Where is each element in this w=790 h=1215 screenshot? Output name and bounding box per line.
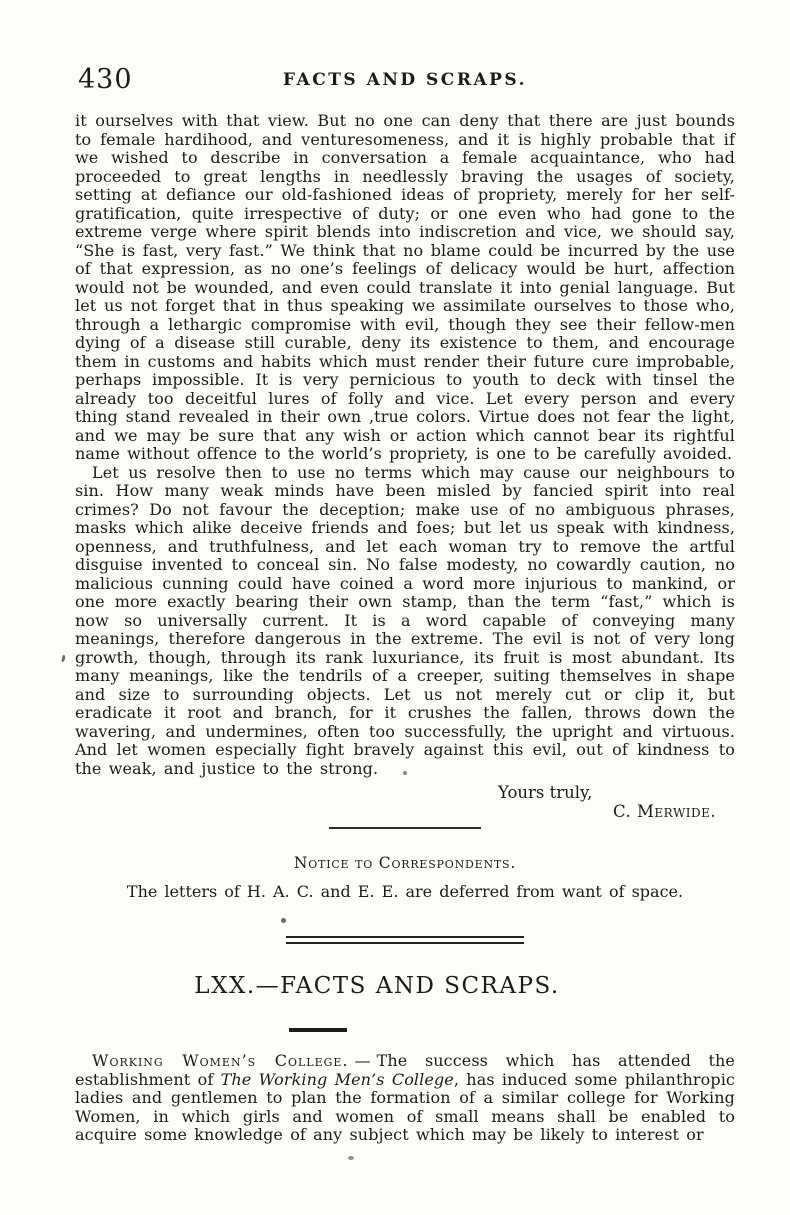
section-rule (289, 1028, 347, 1032)
page-number: 430 (78, 64, 133, 95)
notice-section: Notice to Correspondents. The letters of… (75, 853, 735, 902)
letter-body: it ourselves with that view. But no one … (75, 112, 735, 812)
letter-paragraph-1: it ourselves with that view. But no one … (75, 112, 735, 464)
divider-rule (329, 827, 481, 829)
em-dash: — (355, 1051, 371, 1070)
text-column: it ourselves with that view. But no one … (75, 112, 735, 1145)
article-italic-title: The Working Men’s College (221, 1070, 454, 1089)
running-title: FACTS AND SCRAPS. (75, 64, 735, 90)
article-heading: LXX.—FACTS AND SCRAPS. (47, 970, 707, 1002)
small-ink-dot-artifact (403, 771, 407, 775)
margin-ink-mark-artifact (61, 655, 65, 662)
notice-body: The letters of H. A. C. and E. E. are de… (75, 881, 735, 902)
page-header: 430 FACTS AND SCRAPS. (75, 64, 735, 98)
scanned-page: 430 FACTS AND SCRAPS. it ourselves with … (0, 0, 790, 1215)
valediction: Yours truly, (498, 783, 735, 802)
article-lead: Working Women’s College. (92, 1051, 349, 1070)
ink-dot-artifact (281, 918, 286, 923)
article-paragraph: Working Women’s College.—The success whi… (75, 1052, 735, 1145)
letter-paragraph-2: Let us resolve then to use no terms whic… (75, 464, 735, 779)
notice-heading: Notice to Correspondents. (75, 853, 735, 873)
ink-smudge-artifact (348, 1156, 354, 1160)
double-divider-rule (286, 936, 524, 944)
signature: C. Merwide. (613, 802, 735, 821)
